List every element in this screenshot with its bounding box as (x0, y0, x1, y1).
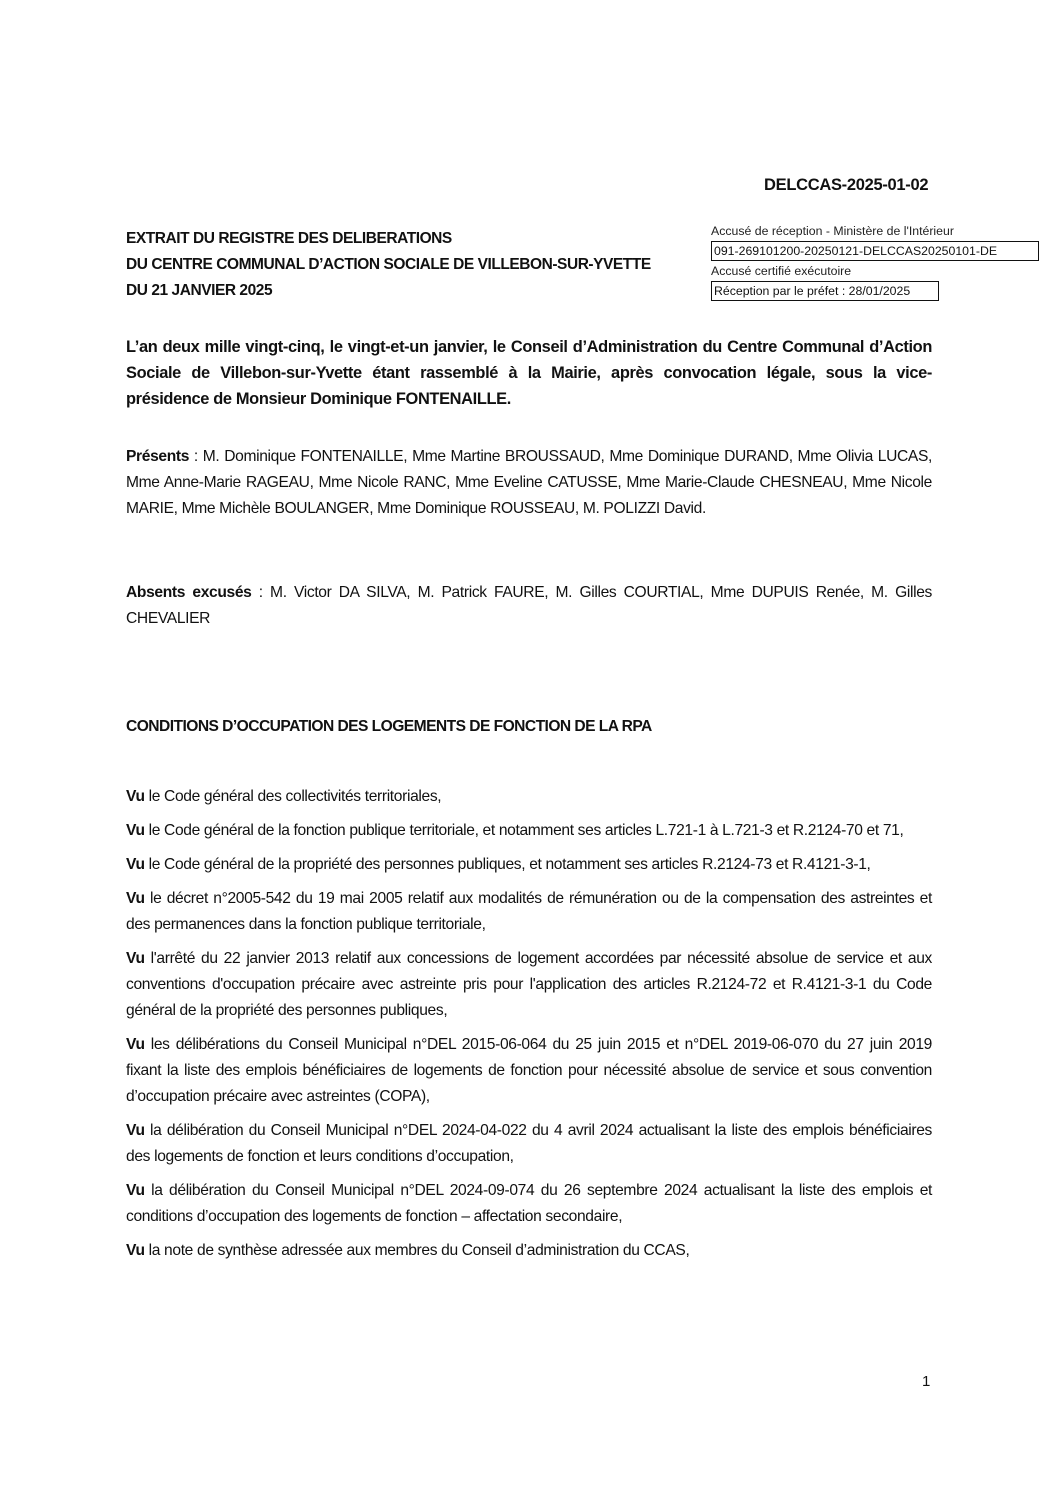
legal-basis-item: Vu le Code général des collectivités ter… (126, 784, 932, 810)
deliberation-reference: DELCCAS-2025-01-02 (764, 176, 928, 195)
page-number: 1 (922, 1373, 930, 1390)
title-line: DU 21 JANVIER 2025 (126, 278, 651, 304)
legal-basis-item: Vu la délibération du Conseil Municipal … (126, 1118, 932, 1170)
legal-basis-list: Vu le Code général des collectivités ter… (126, 784, 932, 1272)
legal-basis-item: Vu la note de synthèse adressée aux memb… (126, 1238, 932, 1264)
presents-label: Présents (126, 448, 189, 465)
stamp-act-id: 091-269101200-20250121-DELCCAS20250101-D… (711, 241, 1039, 261)
legal-basis-item: Vu l'arrêté du 22 janvier 2013 relatif a… (126, 946, 932, 1024)
legal-basis-item: Vu le Code général de la propriété des p… (126, 852, 932, 878)
stamp-reception-date: Réception par le préfet : 28/01/2025 (711, 281, 939, 301)
attendees-absent: Absents excusés : M. Victor DA SILVA, M.… (126, 580, 932, 632)
section-title: CONDITIONS D’OCCUPATION DES LOGEMENTS DE… (126, 718, 652, 736)
legal-basis-item: Vu le Code général de la fonction publiq… (126, 818, 932, 844)
document-page: DELCCAS-2025-01-02 EXTRAIT DU REGISTRE D… (0, 0, 1058, 1497)
stamp-certified: Accusé certifié exécutoire (708, 261, 1039, 281)
title-line: DU CENTRE COMMUNAL D’ACTION SOCIALE DE V… (126, 252, 651, 278)
presents-list: : M. Dominique FONTENAILLE, Mme Martine … (126, 448, 932, 517)
absents-label: Absents excusés (126, 584, 251, 601)
title-line: EXTRAIT DU REGISTRE DES DELIBERATIONS (126, 226, 651, 252)
intro-paragraph: L’an deux mille vingt-cinq, le vingt-et-… (126, 334, 932, 412)
legal-basis-item: Vu la délibération du Conseil Municipal … (126, 1178, 932, 1230)
prefecture-stamp: Accusé de réception - Ministère de l'Int… (708, 221, 1039, 301)
attendees-present: Présents : M. Dominique FONTENAILLE, Mme… (126, 444, 932, 522)
stamp-header: Accusé de réception - Ministère de l'Int… (708, 221, 1039, 241)
legal-basis-item: Vu les délibérations du Conseil Municipa… (126, 1032, 932, 1110)
document-title: EXTRAIT DU REGISTRE DES DELIBERATIONS DU… (126, 226, 651, 304)
legal-basis-item: Vu le décret n°2005-542 du 19 mai 2005 r… (126, 886, 932, 938)
